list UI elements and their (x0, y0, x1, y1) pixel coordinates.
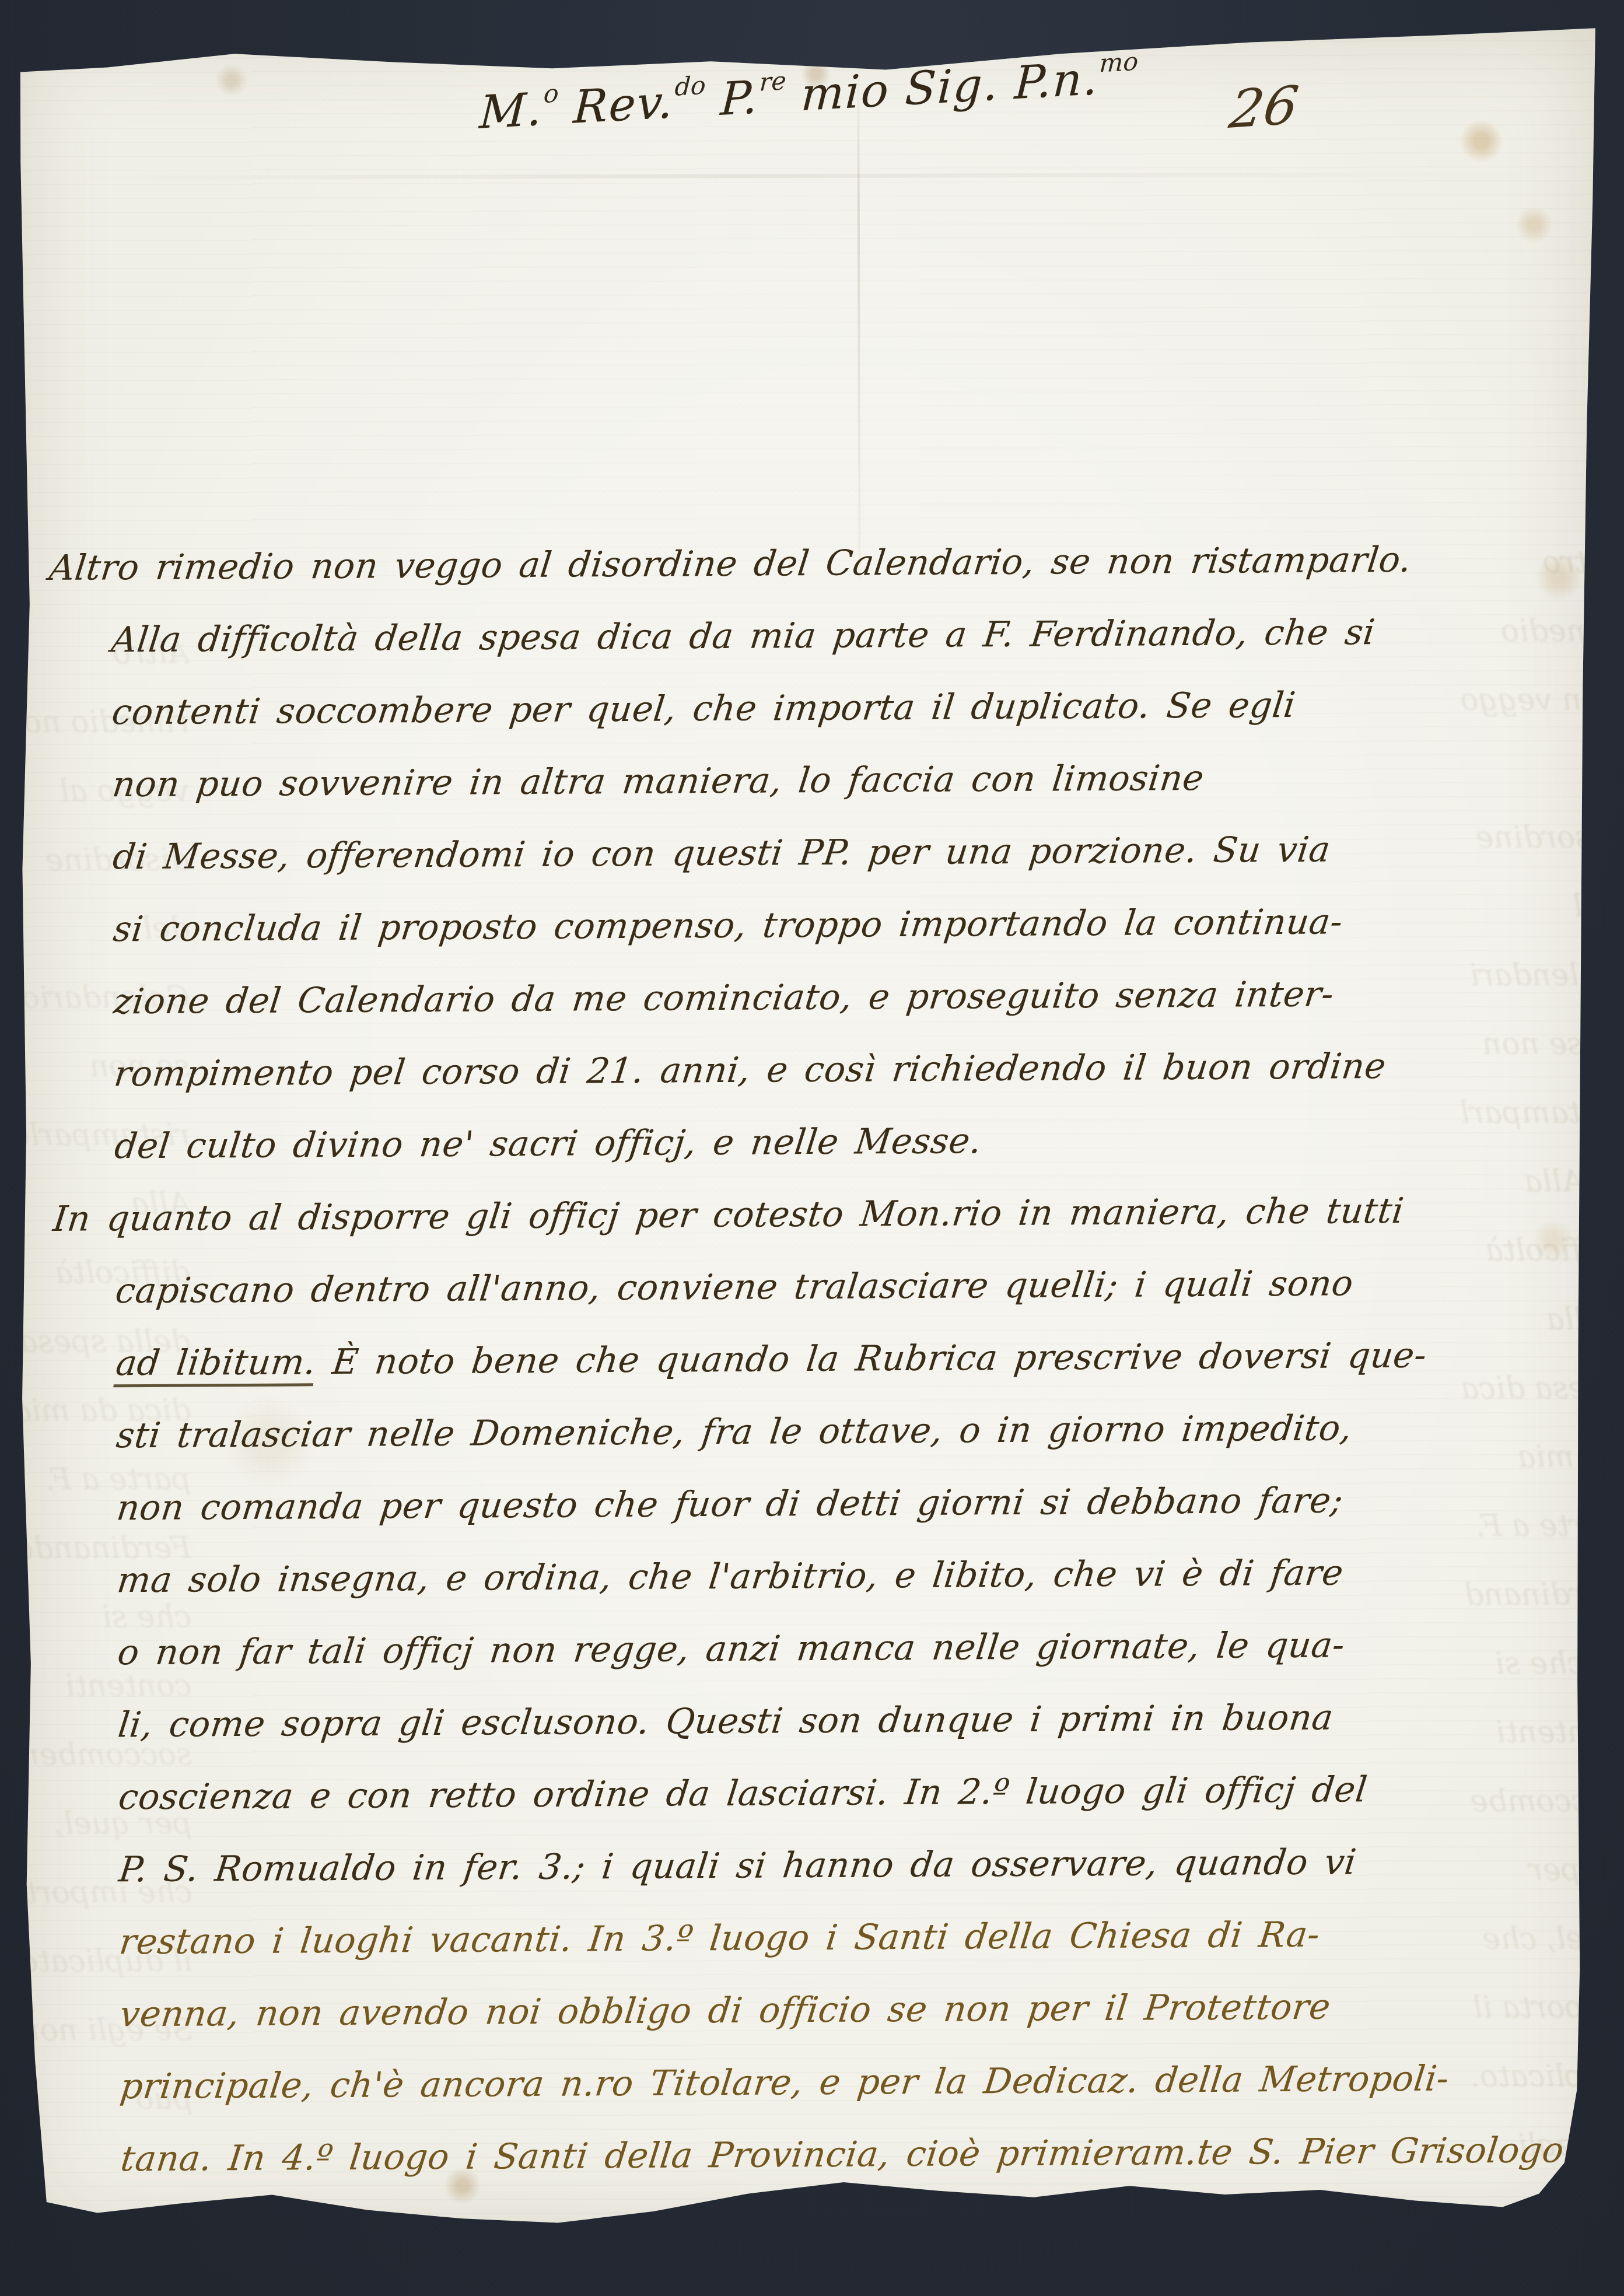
manuscript-line: In quanto al disporre gli officj per cot… (53, 1174, 1582, 1255)
manuscript-line: Altro rimedio non veggo al disordine del… (49, 523, 1578, 604)
manuscript-line: non comanda per questo che fuor di detti… (117, 1463, 1584, 1544)
letter-body: Altro rimedio non veggo al disordine del… (49, 523, 1587, 2196)
fold-crease-horizontal (44, 171, 1569, 180)
manuscript-line: principale, ch'è ancora n.ro Titolare, e… (120, 2042, 1587, 2123)
manuscript-line: rompimento pel corso di 21. anni, e così… (114, 1029, 1581, 1110)
manuscript-line: restano i luoghi vacanti. In 3.º luogo i… (120, 1897, 1587, 1978)
manuscript-line: P. S. Romualdo in fer. 3.; i quali si ha… (119, 1825, 1586, 1906)
manuscript-line: coscienza e con retto ordine da lasciars… (118, 1752, 1585, 1833)
manuscript-line: ma solo insegna, e ordina, che l'arbitri… (117, 1535, 1584, 1616)
manuscript-line: del culto divino ne' sacri officj, e nel… (114, 1101, 1581, 1182)
underlined-phrase: ad libitum. (114, 1342, 318, 1384)
manuscript-line: venna, non avendo noi obbligo di officio… (120, 1969, 1587, 2050)
manuscript-line: Alla difficoltà della spesa dica da mia … (111, 595, 1578, 676)
manuscript-line: contenti soccombere per quel, che import… (112, 667, 1579, 748)
manuscript-line: di Messe, offerendomi io con questi PP. … (113, 812, 1580, 893)
manuscript-page: Altro rimedio non veggo al disordine del… (12, 26, 1606, 2237)
photo-background: Altro rimedio non veggo al disordine del… (0, 0, 1624, 2296)
page-number: 26 (1226, 75, 1302, 141)
manuscript-line: o non far tali officj non regge, anzi ma… (118, 1608, 1585, 1689)
manuscript-line: zione del Calendario da me cominciato, e… (114, 957, 1581, 1038)
manuscript-line: non puo sovvenire in altra maniera, lo f… (113, 740, 1580, 821)
salutation: M.o Rev.do P.re mio Sig. P.n.mo (478, 47, 1139, 139)
manuscript-line: si concluda il proposto compenso, troppo… (113, 884, 1580, 965)
fold-crease-vertical (857, 50, 860, 580)
manuscript-line: li, come sopra gli esclusono. Questi son… (118, 1680, 1585, 1761)
manuscript-line: sti tralasciar nelle Domeniche, fra le o… (116, 1391, 1583, 1472)
manuscript-line: ad libitum. È noto bene che quando la Ru… (116, 1318, 1583, 1399)
manuscript-line: tana. In 4.º luogo i Santi della Provinc… (121, 2114, 1588, 2195)
manuscript-line: capiscano dentro all'anno, conviene tral… (116, 1246, 1583, 1327)
